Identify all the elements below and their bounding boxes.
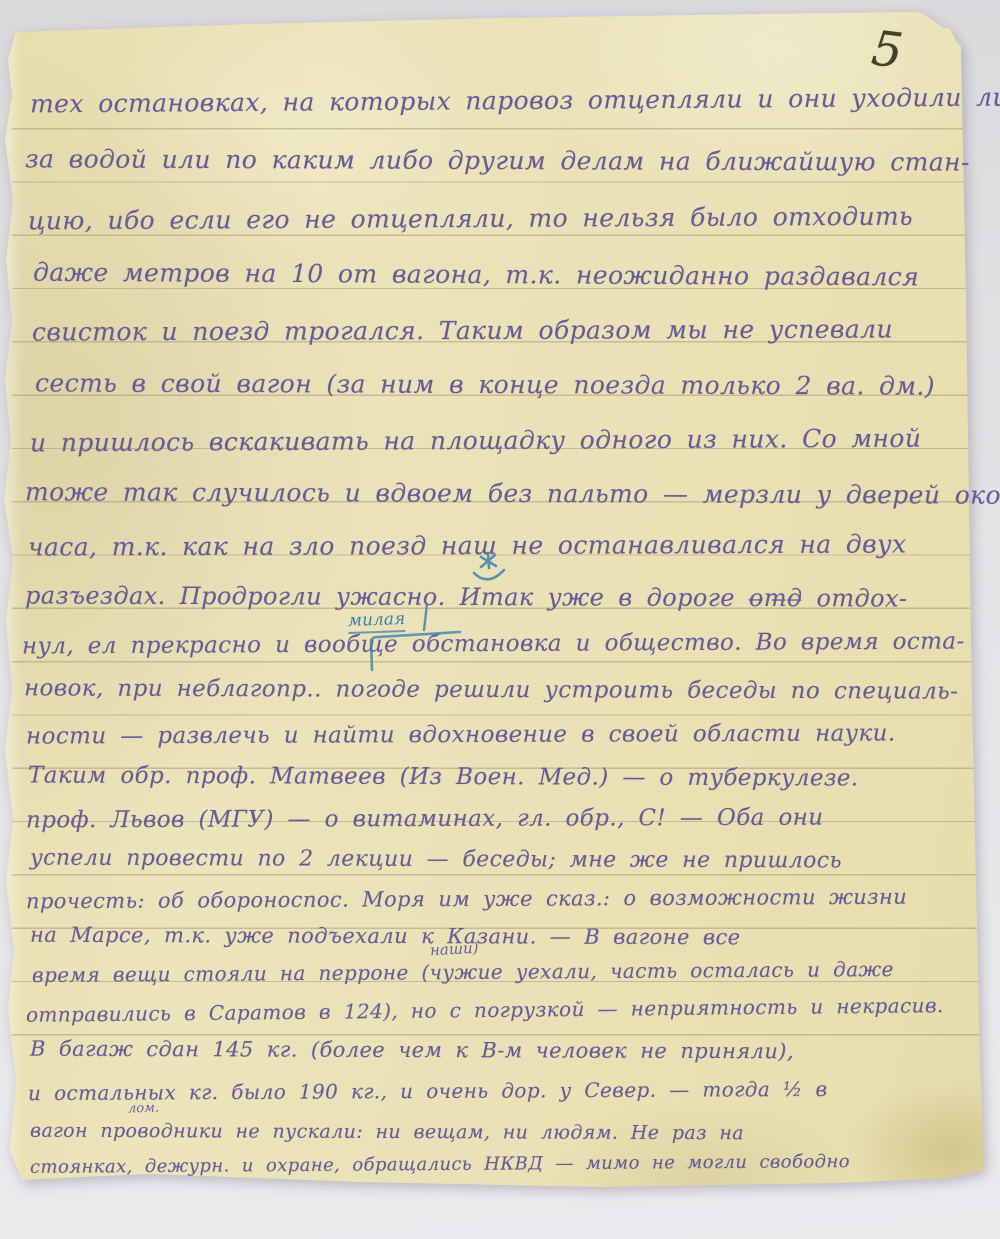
handwritten-line: цию, ибо если его не отцепляли, то нельз…	[28, 202, 913, 236]
handwritten-line: разъездах. Продрогли ужасно. Итак уже в …	[25, 581, 908, 612]
photo-backdrop: 5 тех остановках, на которых паровоз отц…	[0, 0, 1000, 1239]
handwritten-line: ности — развлечь и найти вдохновение в с…	[26, 720, 896, 749]
handwritten-line: даже метров на 10 от вагона, т.к. неожид…	[33, 258, 919, 292]
handwritten-line: успели провести по 2 лекции — беседы; мн…	[30, 846, 842, 874]
handwritten-line: проф. Львов (МГУ) — о витаминах, гл. обр…	[26, 805, 824, 834]
handwritten-line: новок, при неблагопр.. погоде решили уст…	[24, 675, 958, 704]
handwritten-line: прочесть: об обороноспос. Моря им уже ск…	[26, 885, 907, 914]
handwritten-line: нул, ел прекрасно и вообще обстановка и …	[22, 629, 965, 660]
asterisk-insert-icon	[468, 550, 510, 590]
page-number: 5	[869, 20, 906, 79]
handwritten-line: и пришлось вскакивать на площадку одного…	[30, 424, 921, 458]
handwritten-line: тоже так случилось и вдвоем без пальто —…	[25, 477, 1000, 510]
handwritten-line: Таким обр. проф. Матвеев (Из Воен. Мед.)…	[28, 763, 859, 792]
handwritten-line: свисток и поезд трогался. Таким образом …	[32, 314, 893, 346]
insert-bracket-icon	[364, 628, 474, 672]
handwritten-line: на Марсе, т.к. уже подъехали к Казани. —…	[30, 923, 741, 949]
interlinear-insertion: наши)	[430, 939, 479, 960]
handwritten-line: В багаж сдан 145 кг. (более чем к В-м че…	[30, 1037, 794, 1064]
handwritten-line: сесть в свой вагон (за ним в конце поезд…	[35, 368, 935, 400]
handwritten-line: за водой или по каким либо другим делам …	[25, 144, 970, 176]
interlinear-insertion: лом.	[128, 1100, 160, 1116]
handwritten-line: вагон проводники не пускали: ни вещам, н…	[30, 1120, 744, 1144]
